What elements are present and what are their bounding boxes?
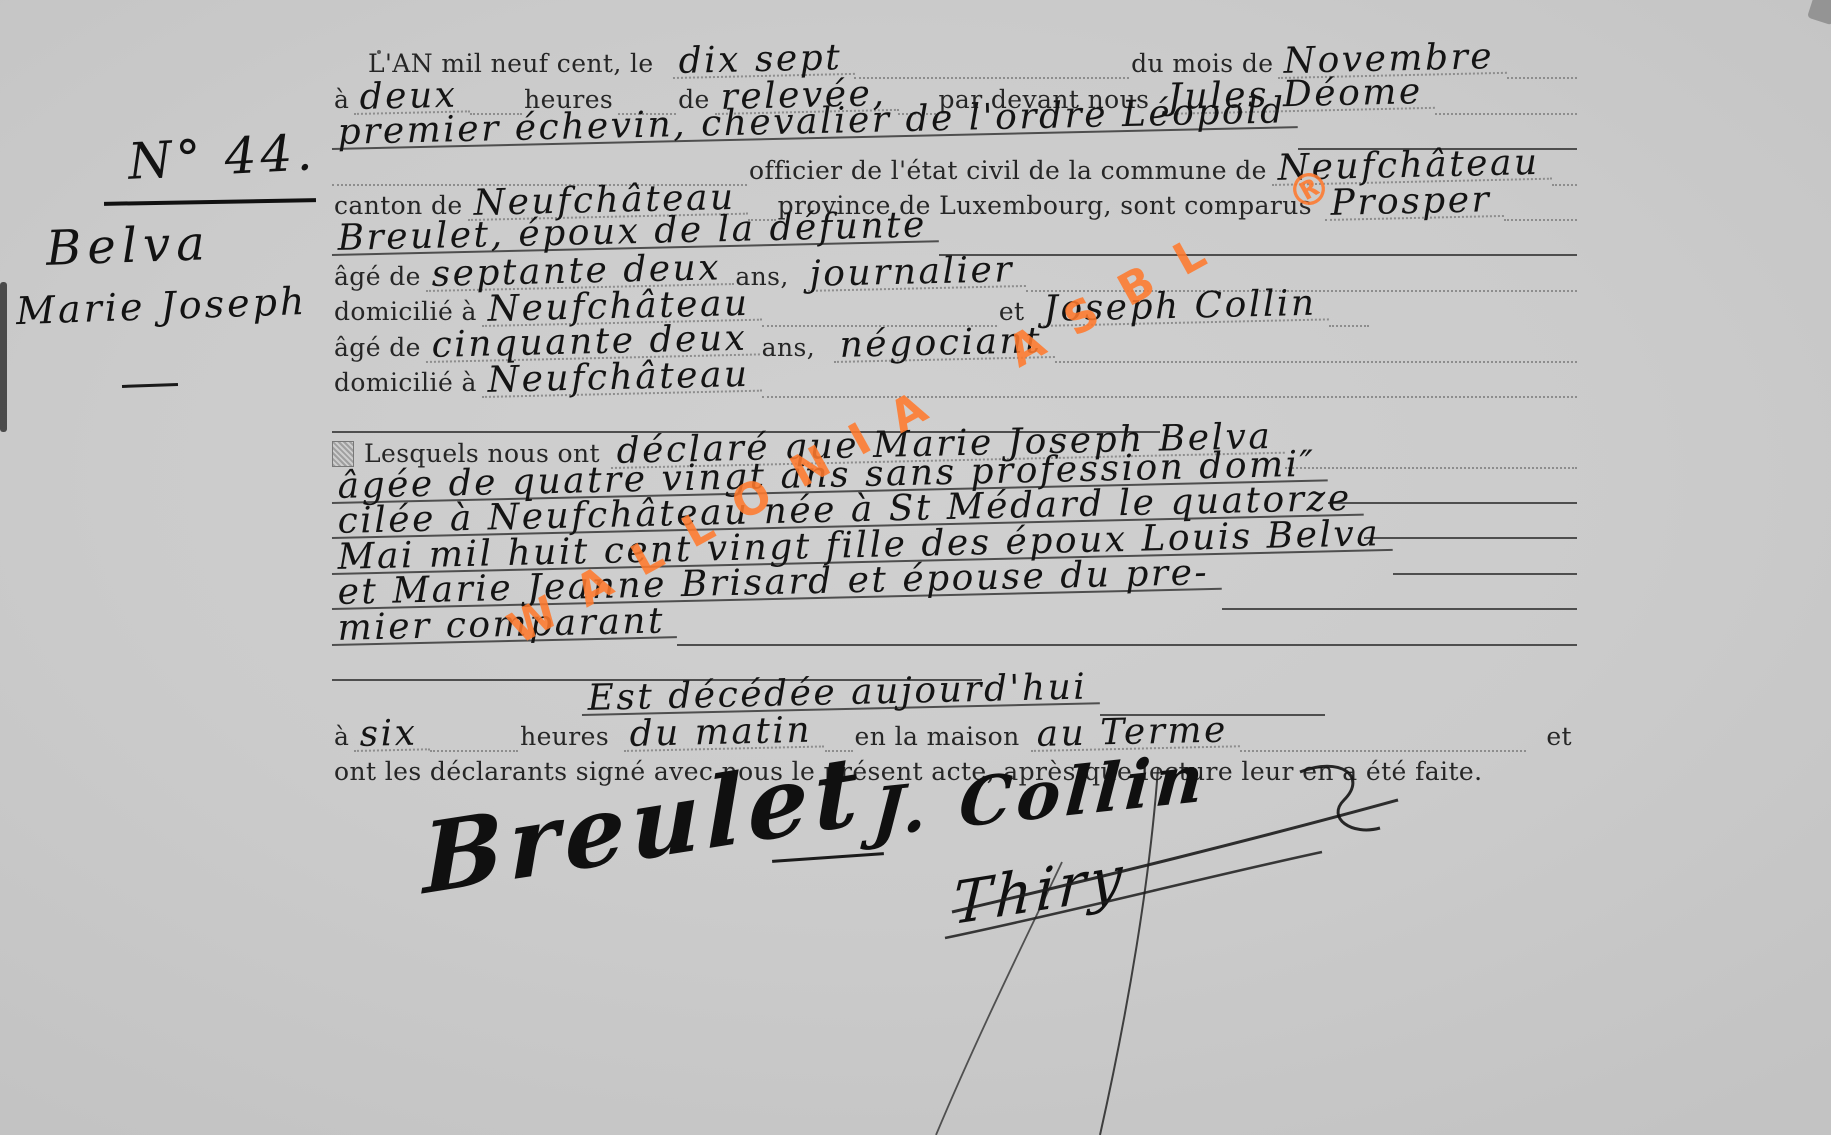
scan-corner-smudge [1807,0,1831,25]
printed-text: à [332,85,354,115]
spacer [614,750,624,752]
spacer [659,77,673,79]
death-record-scan: N° 44. Belva Marie Joseph L'AN mil neuf … [0,0,1831,1135]
handwritten-text: Prosper [1324,185,1503,221]
printed-text: âgé de [332,333,426,363]
margin-act-number-underline [104,198,316,206]
handwritten-text: Joseph Collin [1037,289,1329,328]
spacer [820,361,834,363]
printed-text: âgé de [332,262,426,292]
act-line: domicilié àNeufchâteau [332,363,1577,398]
act-line: Est décédée aujourd'hui [332,681,1577,716]
margin-deceased-given-names: Marie Joseph [15,279,308,333]
solid-rule [1393,561,1577,575]
spacer [794,290,804,292]
dotted-rule [762,384,1577,398]
margin-act-number: N° 44. [127,123,318,191]
dotted-rule [430,738,518,752]
solid-rule [1222,596,1577,610]
margin-dash [122,383,178,388]
act-line: mier comparant [332,610,1577,645]
spacer [1025,750,1031,752]
handwritten-text: Neufchâteau [481,360,762,398]
dotted-rule [1552,172,1577,186]
dotted-rule [1240,738,1526,752]
handwritten-text: Est décédée aujourd'hui [581,673,1099,717]
solid-rule [1328,490,1577,504]
handwritten-text: six [354,718,431,752]
act-line: âgé deseptante deuxans,journalier [332,256,1577,291]
solid-rule [939,242,1577,256]
dotted-rule [1055,349,1577,363]
printed-text: à [332,722,354,752]
dotted-rule [1504,207,1577,221]
act-line: officier de l'état civil de la commune d… [332,150,1577,185]
dotted-rule [1507,65,1577,79]
printed-text: en la maison [853,722,1025,752]
printed-text: heures [518,722,614,752]
printed-text: et [1544,722,1577,752]
handwritten-text: journalier [803,255,1026,292]
margin-deceased-surname: Belva [45,215,212,277]
spacer [1317,219,1325,221]
solid-rule [677,632,1577,646]
dotted-rule [1285,455,1577,469]
handwritten-text: Neufchâteau [1271,147,1552,185]
spacer [1526,750,1544,752]
printed-text: domicilié à [332,368,482,398]
act-line: àsixheuresdu matinen la maisonau Termeet [332,716,1577,751]
solid-rule [1364,525,1577,539]
dotted-rule [854,65,1129,79]
handwritten-text: négociant [833,326,1054,363]
printed-text: officier de l'état civil de la commune d… [747,156,1272,186]
printed-text: ans, [760,333,820,363]
dotted-rule [1435,101,1577,115]
handwritten-text: mier comparant [331,606,677,646]
act-line: âgé decinquante deuxans,négociant [332,327,1577,362]
printed-text: domicilié à [332,297,482,327]
signature-officer: Thiry [951,842,1128,939]
act-lines: L'AN mil neuf cent, ledix septdu mois de… [332,44,1577,787]
printed-ornament-icon [332,441,354,467]
scan-edge-streak [0,282,7,432]
dotted-rule [1329,313,1369,327]
